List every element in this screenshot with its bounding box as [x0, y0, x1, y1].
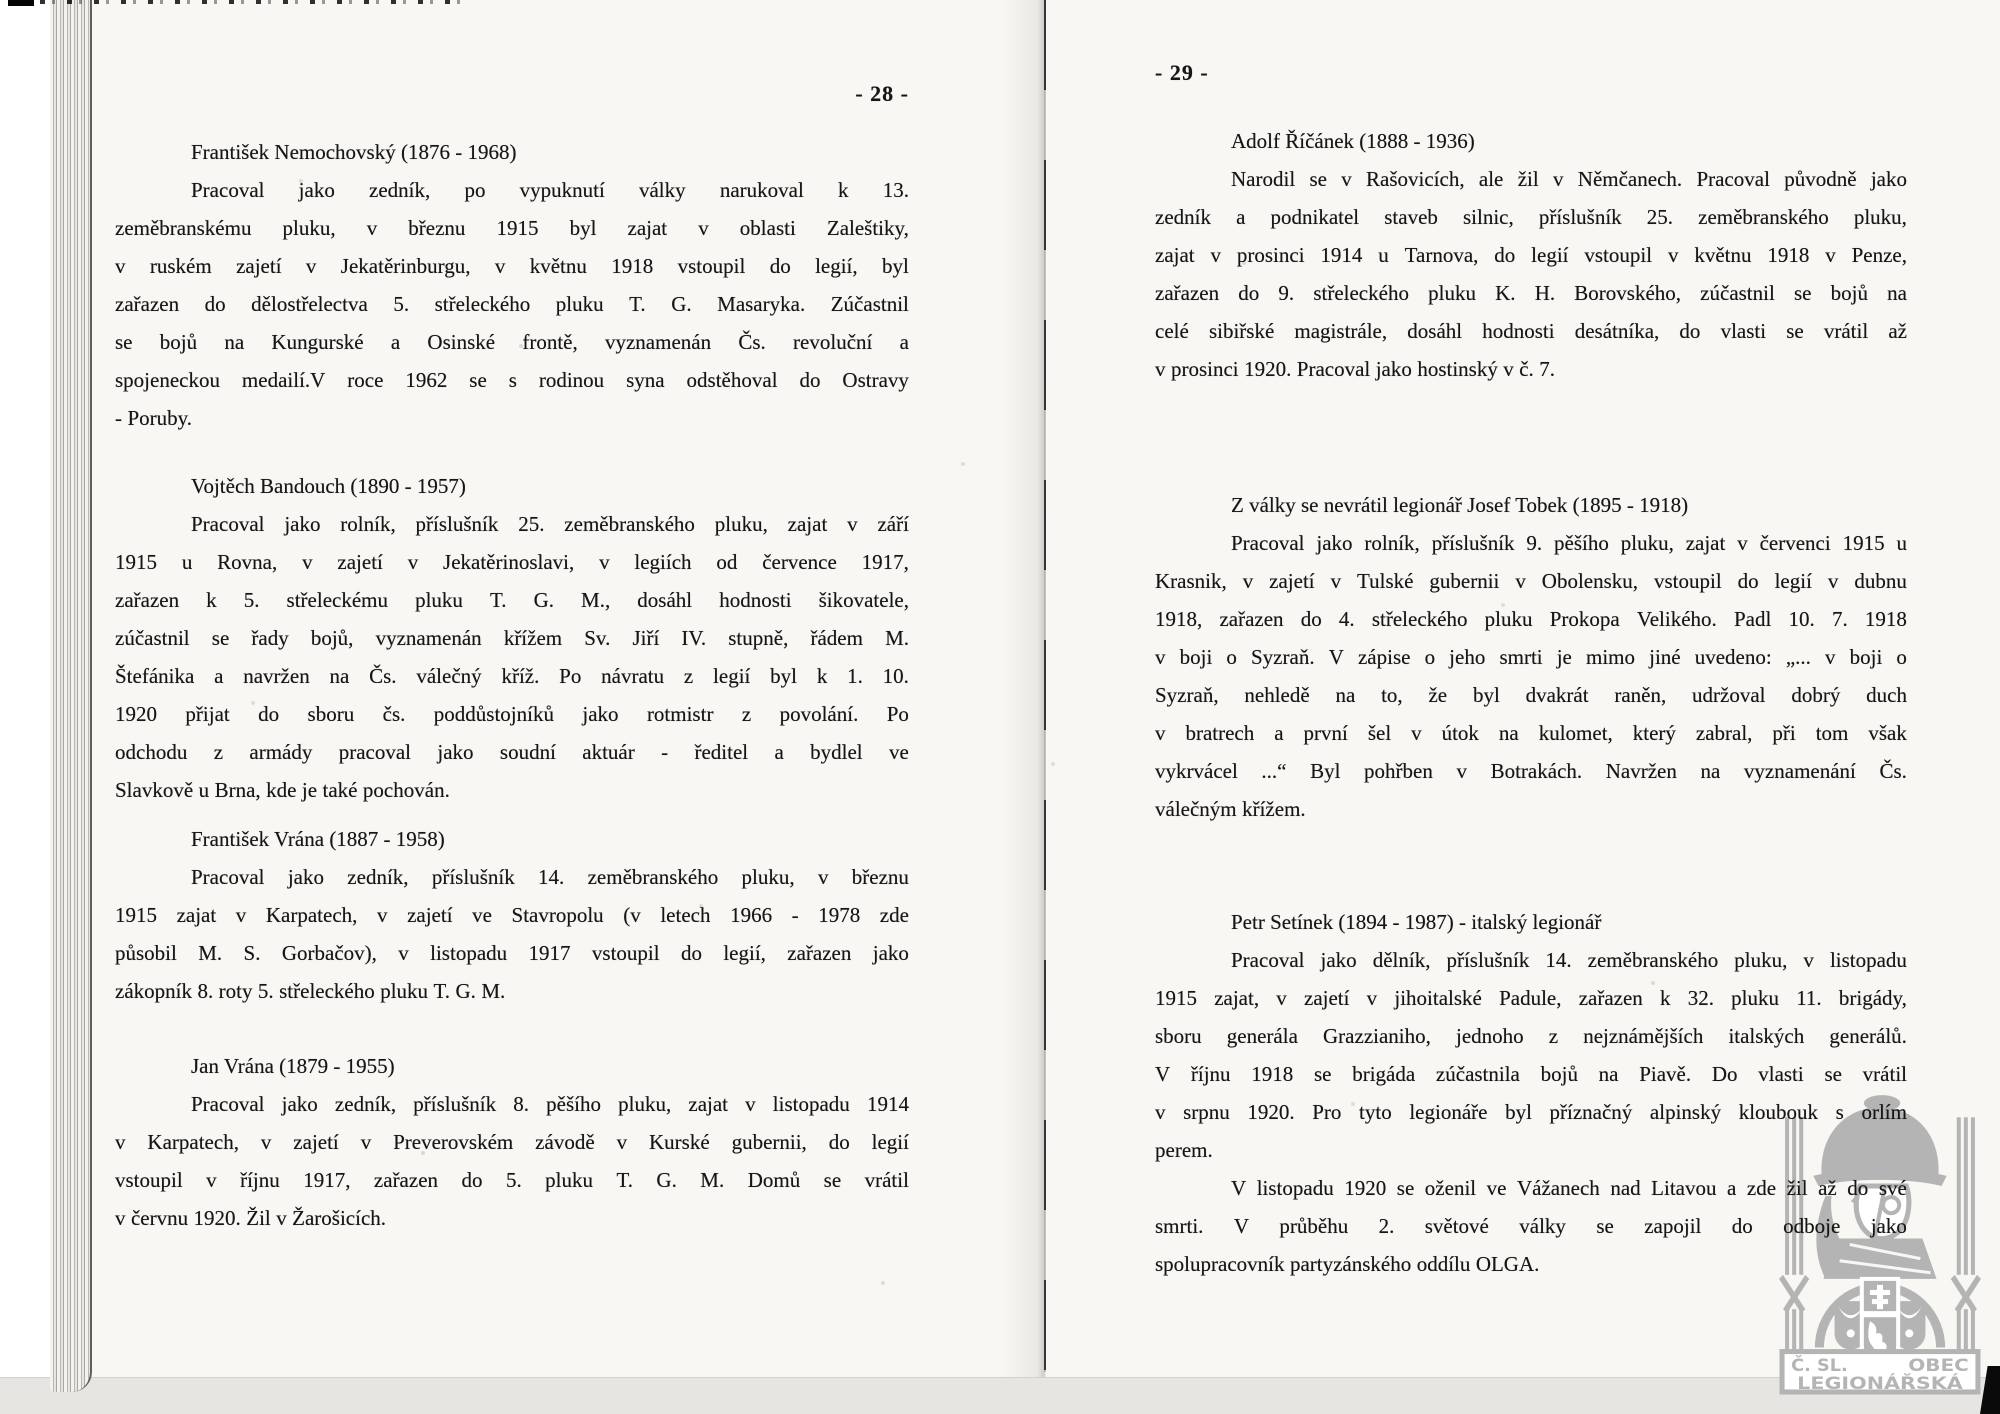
word: dubnu — [1854, 562, 1907, 600]
word: - — [661, 733, 668, 771]
word: příznačný — [1550, 1093, 1633, 1131]
text-line: sebojůnaKungurskéaOsinskéfrontě,vyznamen… — [115, 323, 909, 361]
word: Stavropolu — [512, 896, 604, 934]
word: - — [792, 896, 799, 934]
word: bojů — [1541, 1055, 1578, 1093]
entry-heading: Vojtěch Bandouch (1890 - 1957) — [115, 467, 909, 505]
word: v — [1155, 638, 1166, 676]
word: raněn, — [1614, 676, 1666, 714]
word: v — [745, 1085, 756, 1123]
word: Vážanech — [1517, 1169, 1600, 1207]
word: v — [1668, 236, 1679, 274]
word: 5. — [244, 581, 260, 619]
word: hodnosti — [719, 581, 791, 619]
word: jako — [1321, 941, 1357, 979]
word: zedník, — [369, 171, 430, 209]
word: generálů. — [1829, 1017, 1907, 1055]
word: 10. — [1789, 600, 1815, 638]
word: zařazen — [1579, 979, 1643, 1017]
word: Masaryka. — [717, 285, 805, 323]
word: revoluční — [793, 323, 872, 361]
word: Zúčastnil — [831, 285, 909, 323]
word: odchodu — [115, 733, 187, 771]
word: legiích — [634, 543, 691, 581]
word: z — [214, 733, 223, 771]
word: legií — [713, 657, 750, 695]
word: který — [1633, 714, 1676, 752]
scan-edge-mark — [8, 0, 34, 6]
word: 1962 — [405, 361, 447, 399]
word: září — [877, 505, 908, 543]
word: rotmistr — [647, 695, 714, 733]
text-line: Pracovaljakodělník,příslušník14.zeměbran… — [1155, 941, 1907, 979]
word: IV. — [681, 619, 706, 657]
word: zajetí — [293, 1123, 338, 1161]
word: jako — [437, 733, 473, 771]
word: udržoval — [1692, 676, 1765, 714]
word: v — [847, 505, 858, 543]
word: perem. — [1155, 1131, 1213, 1169]
word: srpnu — [1183, 1093, 1230, 1131]
word: a — [900, 323, 909, 361]
word: do — [770, 247, 791, 285]
word: v — [1411, 714, 1422, 752]
word: se — [1794, 274, 1812, 312]
word: oddílu — [1417, 1245, 1471, 1283]
word: listopadu — [1257, 1169, 1334, 1207]
word: zedník — [1155, 198, 1211, 236]
text-line: Pracovaljakozedník,povypuknutíválkynaruk… — [115, 171, 909, 209]
word: kříž. — [501, 657, 539, 695]
word: Penze, — [1852, 236, 1907, 274]
text-line: včervnu1920.ŽilvŽarošicích. — [115, 1199, 909, 1237]
page-28: František Nemochovský (1876 - 1968) Prac… — [115, 0, 909, 1377]
word: Byl — [1310, 752, 1340, 790]
word: o — [1896, 638, 1907, 676]
word: v — [1737, 524, 1748, 562]
word: vlasti — [1721, 312, 1767, 350]
text-line: zajatvprosinci1914uTarnova,dolegiívstoup… — [1155, 236, 1907, 274]
word: H. — [1535, 274, 1555, 312]
word: 1918 — [1767, 236, 1809, 274]
word: G. — [656, 1161, 676, 1199]
word: a — [774, 733, 783, 771]
dust-specks — [0, 0, 2, 2]
word: jako — [1316, 524, 1352, 562]
word: se — [1397, 1169, 1415, 1207]
text-line: vsrpnu1920.Protytolegionářebylpříznačnýa… — [1155, 1093, 1907, 1131]
word: se — [1786, 312, 1804, 350]
gutter-fold-line — [1044, 0, 1046, 1372]
word: brigáda — [1352, 1055, 1415, 1093]
text-line: odchoduzarmádypracovaljakosoudníaktuár-ř… — [115, 733, 909, 771]
word: zajetí — [1269, 562, 1314, 600]
word: 1920 — [1344, 1169, 1386, 1207]
word: pluku, — [715, 505, 768, 543]
word: průběhu — [1279, 1207, 1348, 1245]
text-line: vbojioSyzraň.Vzápiseojehosmrtijemimojiné… — [1155, 638, 1907, 676]
word: legií — [1531, 236, 1568, 274]
word: na — [1700, 752, 1720, 790]
word: v — [377, 896, 388, 934]
word: 14. — [538, 858, 564, 896]
word: v — [302, 543, 313, 581]
text-line: SlavkověuBrna,kdejetaképochován. — [115, 771, 909, 809]
word: 1915 — [497, 209, 539, 247]
word: rodinou — [539, 361, 604, 399]
word: listopadu — [1830, 941, 1907, 979]
word: sboru — [308, 695, 355, 733]
word: první — [1304, 714, 1348, 752]
word: Štefánika — [115, 657, 194, 695]
word: legií — [1775, 562, 1812, 600]
word: byl — [770, 657, 797, 695]
word: Krasnik, — [1155, 562, 1227, 600]
word: jednoho — [1456, 1017, 1524, 1055]
word: rolník, — [340, 505, 395, 543]
word: Čs. — [1879, 752, 1906, 790]
text-line: celésibiřskémagistrále,dosáhlhodnostides… — [1155, 312, 1907, 350]
word: 9. — [1526, 524, 1542, 562]
word: 13. — [883, 171, 909, 209]
text-line: Krasnik,vzajetívTulskéguberniivObolensku… — [1155, 562, 1907, 600]
word: bojů — [160, 323, 197, 361]
word: jako — [284, 505, 320, 543]
word: Rovna, — [217, 543, 277, 581]
text-line: ŠtefánikaanavržennaČs.válečnýkříž.Ponávr… — [115, 657, 909, 695]
word: roce — [347, 361, 383, 399]
word: Prokopa — [1550, 600, 1620, 638]
word: útok — [1442, 714, 1479, 752]
word: přijat — [185, 695, 229, 733]
word: v — [1828, 562, 1839, 600]
word: do — [1738, 562, 1759, 600]
word: desátníka, — [1575, 312, 1660, 350]
word: 8. — [513, 1085, 529, 1123]
word: s — [1836, 1093, 1844, 1131]
word: v — [617, 1123, 628, 1161]
word: příslušník — [1446, 941, 1529, 979]
word: do — [258, 695, 279, 733]
word: podnikatel — [1271, 198, 1360, 236]
text-line: působilM.S.Gorbačov),vlistopadu1917vstou… — [115, 934, 909, 972]
entry-paragraph: Vlistopadu1920seoženilveVážanechnadLitav… — [1155, 1169, 1907, 1283]
word: v — [1276, 979, 1287, 1017]
word: Narodil — [1231, 160, 1295, 198]
word: 1917, — [862, 543, 909, 581]
word: Pracoval — [1696, 160, 1769, 198]
word: stupně, — [728, 619, 788, 657]
entry-adolf-ricanek: Adolf Říčánek (1888 - 1936) NarodilsevRa… — [1155, 122, 1907, 388]
word: zajat — [688, 1085, 728, 1123]
word: květnu — [530, 247, 587, 285]
word: vykrvácel — [1155, 752, 1238, 790]
word: pěšího — [546, 1085, 601, 1123]
word: Navržen — [1606, 752, 1677, 790]
word: zde — [880, 896, 909, 934]
word: listopadu — [430, 934, 507, 972]
word: oblasti — [740, 209, 796, 247]
word: 1915 — [115, 543, 157, 581]
word: nejznámějších — [1583, 1017, 1703, 1055]
word: v — [115, 1199, 126, 1237]
word: zajetí — [236, 247, 281, 285]
word: Domů — [748, 1161, 801, 1199]
word: do — [1847, 1169, 1868, 1207]
word: jako — [1871, 1207, 1907, 1245]
word: jako — [299, 171, 335, 209]
word: kulomet, — [1539, 714, 1613, 752]
word: celé — [1155, 312, 1189, 350]
word: zajat — [1686, 524, 1726, 562]
word: bojů, — [311, 619, 354, 657]
word: s — [509, 361, 517, 399]
word: 1920. — [1247, 1093, 1294, 1131]
word: do — [1238, 274, 1259, 312]
word: střeleckému — [287, 581, 388, 619]
word: č. — [1519, 350, 1534, 388]
word: K. — [1495, 274, 1515, 312]
entry-vojtech-bandouch: Vojtěch Bandouch (1890 - 1957) Pracovalj… — [115, 467, 909, 809]
text-line: 1915zajat,vzajetívjihoitalskéPadule,zařa… — [1155, 979, 1907, 1017]
word: M. — [481, 972, 505, 1010]
word: Karpatech, — [266, 896, 358, 934]
word: nehledě — [1244, 676, 1309, 714]
text-line: smrti.Vprůběhu2.světovéválkysezapojildoo… — [1155, 1207, 1907, 1245]
text-line: spojeneckoumedailí.Vroce1962sesrodinousy… — [115, 361, 909, 399]
word: v — [1515, 562, 1526, 600]
word: rolník, — [1364, 524, 1419, 562]
word: 11. — [1796, 979, 1821, 1017]
word: do — [829, 1123, 850, 1161]
word: S. — [244, 934, 261, 972]
word: brigády, — [1839, 979, 1907, 1017]
entry-paragraph: Pracovaljakorolník,příslušník25.zeměbran… — [115, 505, 909, 809]
word: 1918 — [1865, 600, 1907, 638]
entry-petr-setinek: Petr Setínek (1894 - 1987) - italský leg… — [1155, 903, 1907, 1283]
word: T. — [629, 285, 646, 323]
word: Jekatěrinoslavi, — [443, 543, 574, 581]
word: pochován. — [363, 771, 450, 809]
word: mimo — [1586, 638, 1635, 676]
word: Po — [559, 657, 581, 695]
word: v — [115, 247, 126, 285]
word: zedník, — [347, 858, 408, 896]
word: nad — [1610, 1169, 1640, 1207]
word: vrátil — [1824, 312, 1868, 350]
word: 1915 — [1155, 979, 1197, 1017]
word: do — [1679, 312, 1700, 350]
scanned-book-spread: Č. SL. OBEC LEGIONÁŘSKÁ - 28 - - 29 - Fr… — [0, 0, 2000, 1414]
word: v — [1456, 752, 1467, 790]
word: silnic, — [1463, 198, 1514, 236]
word: vrátil — [1863, 1055, 1907, 1093]
entry-frantisek-nemochovsky: František Nemochovský (1876 - 1968) Prac… — [115, 133, 909, 437]
text-line: spolupracovníkpartyzánskéhooddíluOLGA. — [1155, 1245, 1907, 1283]
word: Pracoval — [191, 171, 264, 209]
word: pluku — [1428, 274, 1476, 312]
word: boji — [1180, 638, 1213, 676]
word: v — [1553, 160, 1564, 198]
word: poddůstojníků — [434, 695, 554, 733]
text-line: válečnýmkřížem. — [1155, 790, 1907, 828]
word: pluku — [545, 1161, 593, 1199]
word: Čs. — [738, 323, 765, 361]
word: Kungurské — [271, 323, 363, 361]
word: bratrech — [1185, 714, 1254, 752]
text-line: NarodilsevRašovicích,aležilvNěmčanech.Pr… — [1155, 160, 1907, 198]
text-line: zákopník8.roty5.střeleckéhoplukuT.G.M. — [115, 972, 909, 1010]
entry-heading: František Nemochovský (1876 - 1968) — [115, 133, 909, 171]
word: T. — [490, 581, 507, 619]
word: 5. — [258, 972, 274, 1010]
word: zajat — [1155, 236, 1195, 274]
word: zde — [1747, 1169, 1776, 1207]
word: Poruby. — [127, 399, 192, 437]
word: čs. — [383, 695, 406, 733]
word: Piavě. — [1639, 1055, 1691, 1093]
word: 1915 — [115, 896, 157, 934]
word: na — [224, 323, 244, 361]
word: v — [306, 247, 317, 285]
word: původně — [1784, 160, 1856, 198]
word: jako — [873, 934, 909, 972]
word: Padl — [1734, 600, 1771, 638]
word: zeměbranského — [1588, 941, 1719, 979]
word: pluku, — [742, 858, 795, 896]
word: zajat — [628, 209, 668, 247]
word: příslušník — [416, 505, 499, 543]
word: závodě — [535, 1123, 594, 1161]
word: křížem — [504, 619, 562, 657]
word: zákopník — [115, 972, 192, 1010]
word: zúčastnil — [115, 619, 190, 657]
word: staveb — [1384, 198, 1438, 236]
word: 7. — [1832, 600, 1848, 638]
word: a — [391, 323, 400, 361]
word: 1. — [847, 657, 863, 695]
word: Rašovicích, — [1366, 160, 1465, 198]
word: boji — [1850, 638, 1883, 676]
word: gubernii, — [732, 1123, 807, 1161]
text-line: zúčastnilseřadybojů,vyznamenánkřížemSv.J… — [115, 619, 909, 657]
word: březnu — [408, 209, 465, 247]
word: 1914 — [1320, 236, 1362, 274]
word: legií — [872, 1123, 909, 1161]
word: armády — [249, 733, 312, 771]
word: Pracoval — [191, 858, 264, 896]
word: soudní — [500, 733, 556, 771]
word: roty — [219, 972, 253, 1010]
word: zedník, — [335, 1085, 396, 1123]
word: zajat, — [1214, 979, 1259, 1017]
word: pluku — [1731, 979, 1779, 1017]
word: Žil — [246, 1199, 271, 1237]
word: italských — [1728, 1017, 1804, 1055]
word: 5. — [506, 1161, 522, 1199]
word: gubernii — [1429, 562, 1499, 600]
word: Ostravy — [842, 361, 909, 399]
word: byl — [570, 209, 597, 247]
word: žil — [1787, 1169, 1808, 1207]
word: narukoval — [720, 171, 804, 209]
word: navržen — [243, 657, 309, 695]
word: M. — [885, 619, 909, 657]
word: v — [818, 858, 829, 896]
word: vstoupil — [1654, 562, 1722, 600]
word: střeleckého — [1313, 274, 1409, 312]
word: šel — [1368, 714, 1391, 752]
word: byl — [1505, 1093, 1532, 1131]
word: Slavkově — [115, 771, 193, 809]
word: Tulské — [1357, 562, 1413, 600]
text-line: zedníkapodnikatelstavebsilnic,příslušník… — [1155, 198, 1907, 236]
word: žil — [1518, 160, 1539, 198]
word: uvedeno: — [1695, 638, 1772, 676]
word: se — [1824, 1055, 1842, 1093]
word: Velikého. — [1637, 600, 1717, 638]
word: vstoupil — [115, 1161, 183, 1199]
word: pěšího — [1554, 524, 1609, 562]
entry-josef-tobek: Z války se nevrátil legionář Josef Tobek… — [1155, 486, 1907, 828]
text-line: 1915uRovna,vzajetívJekatěrinoslavi,vlegi… — [115, 543, 909, 581]
word: 4. — [1339, 600, 1355, 638]
word: vypuknutí — [520, 171, 605, 209]
word: v — [1367, 979, 1378, 1017]
word: 7. — [1539, 350, 1555, 388]
word: na — [1599, 1055, 1619, 1093]
word: dosáhl — [637, 581, 692, 619]
word: v — [1825, 638, 1836, 676]
text-line: Syzraň,nehleděnato,žebyldvakrátraněn,udr… — [1155, 676, 1907, 714]
word: zařazen — [787, 934, 851, 972]
word: Gorbačov), — [282, 934, 377, 972]
word: na — [1887, 274, 1907, 312]
entry-paragraph: Pracovaljakorolník,příslušník9.pěšíhoplu… — [1155, 524, 1907, 828]
word: alpinský — [1650, 1093, 1721, 1131]
word: 1918, — [1155, 600, 1202, 638]
stamp-right-post — [1957, 1117, 1975, 1355]
word: své — [1879, 1169, 1907, 1207]
word: kde — [266, 771, 296, 809]
word: pluku — [380, 972, 428, 1010]
text-line: Pracovaljakorolník,příslušník9.pěšíhoplu… — [1155, 524, 1907, 562]
word: 1917 — [529, 934, 571, 972]
word: sibiřské — [1209, 312, 1274, 350]
word: Žarošicích. — [292, 1199, 386, 1237]
word: při — [1772, 714, 1795, 752]
word: ...“ — [1261, 752, 1286, 790]
word: v — [1243, 562, 1254, 600]
word: G. — [534, 581, 554, 619]
word: k — [838, 171, 849, 209]
entry-jan-vrana: Jan Vrána (1879 - 1955) Pracovaljakozedn… — [115, 1047, 909, 1237]
word: vyznamenání — [1744, 752, 1856, 790]
word: M. — [198, 934, 222, 972]
word: jiné — [1649, 638, 1681, 676]
entry-heading: František Vrána (1887 - 1958) — [115, 820, 909, 858]
text-line: vstoupilvříjnu1917,zařazendo5.plukuT.G.M… — [115, 1161, 909, 1199]
word: o — [1425, 638, 1436, 676]
word: zeměbranského — [564, 505, 695, 543]
word: legií, — [723, 934, 766, 972]
entry-paragraph: NarodilsevRašovicích,aležilvNěmčanech.Pr… — [1155, 160, 1907, 388]
word: oženil — [1425, 1169, 1476, 1207]
word: Botrakách. — [1491, 752, 1583, 790]
word: z — [742, 695, 751, 733]
word: do — [461, 1161, 482, 1199]
word: k — [817, 657, 828, 695]
